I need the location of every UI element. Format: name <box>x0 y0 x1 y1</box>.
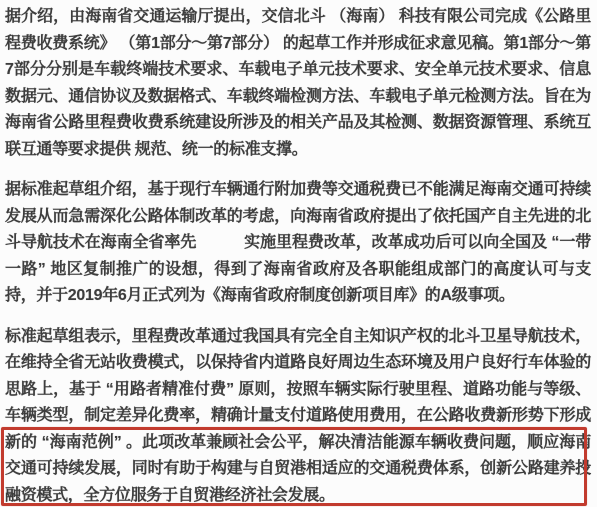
paragraph-reform-principles: 标准起草组表示，里程费改革通过我国具有完全自主知识产权的北斗卫星导航技术，在维持… <box>5 324 591 507</box>
document-page: 据介绍，由海南省交通运输厅提出，交信北斗 （海南） 科技有限公司完成《公路里程费… <box>0 0 597 507</box>
article-body: 据介绍，由海南省交通运输厅提出，交信北斗 （海南） 科技有限公司完成《公路里程费… <box>0 0 597 507</box>
paragraph-drafting-intro: 据介绍，由海南省交通运输厅提出，交信北斗 （海南） 科技有限公司完成《公路里程费… <box>5 4 591 163</box>
paragraph-reform-background: 据标准起草组介绍，基于现行车辆通行附加费等交通税费已不能满足海南交通可持续发展从… <box>5 177 591 310</box>
